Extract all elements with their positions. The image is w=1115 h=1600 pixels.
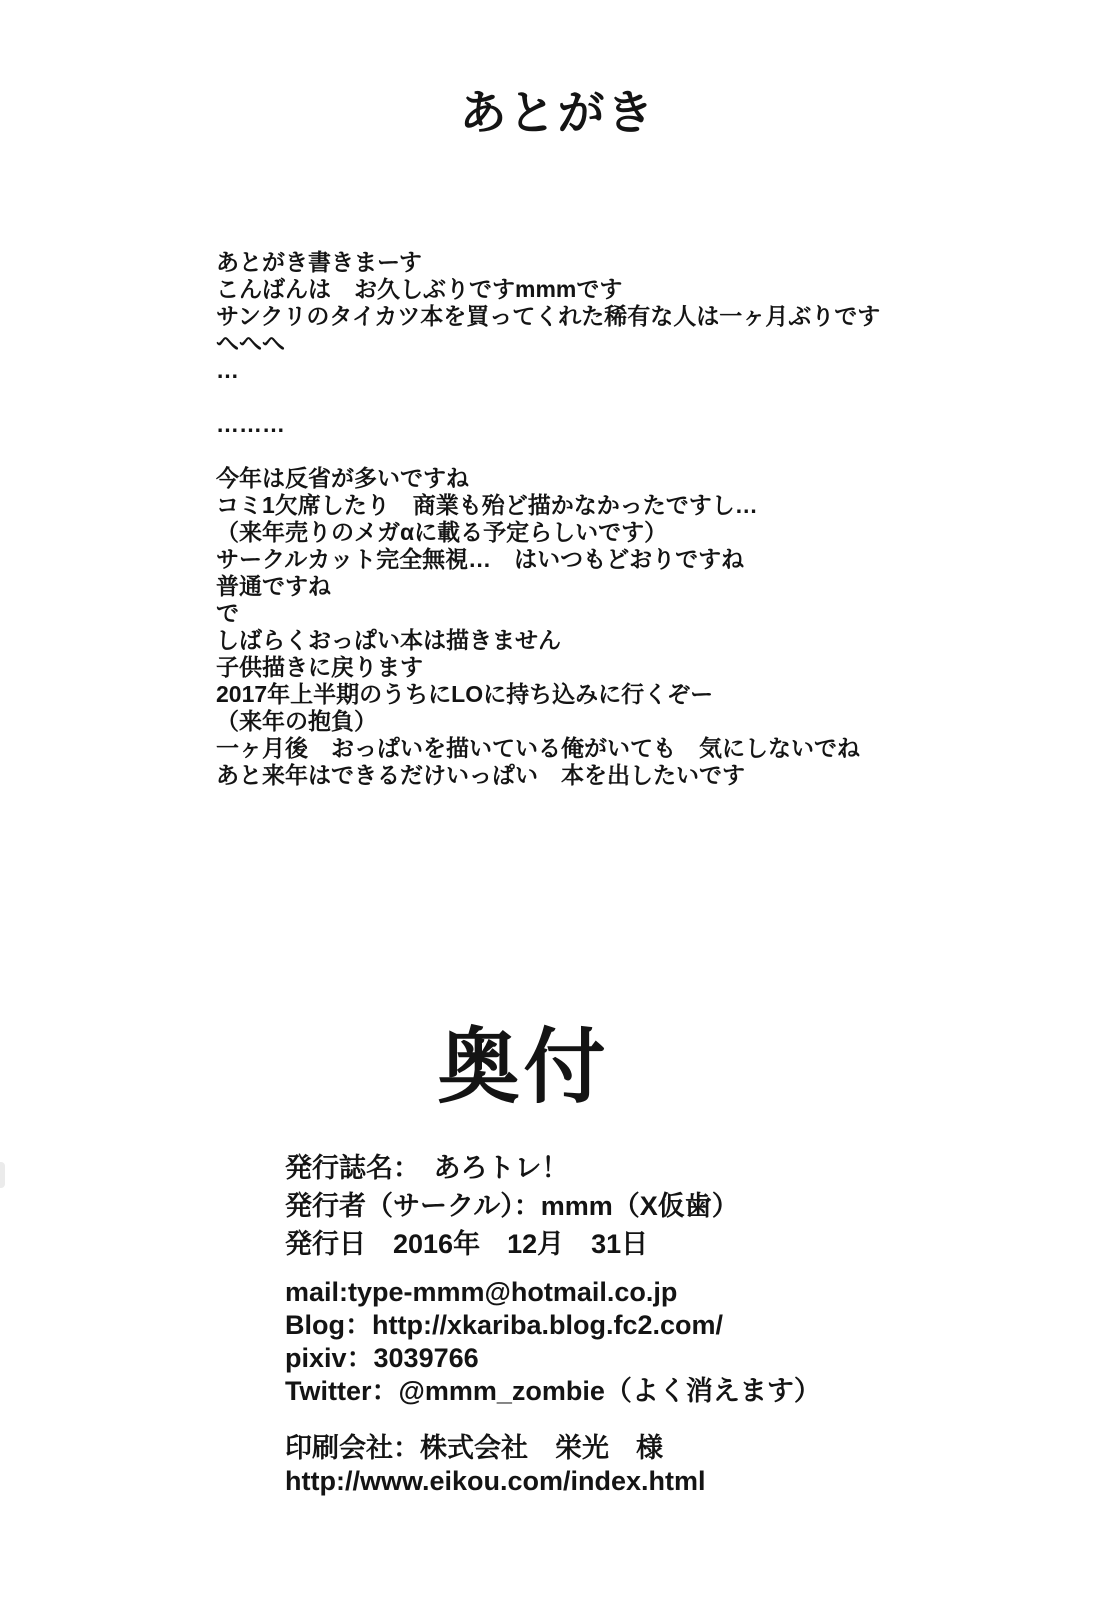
printer-company-line: 印刷会社：株式会社 栄光 様 — [285, 1432, 1085, 1465]
afterword-line: で — [216, 600, 1075, 627]
publisher-line: 発行者（サークル）：mmm（X仮歯） — [285, 1187, 1085, 1225]
twitter-line: Twitter：@mmm_zombie（よく消えます） — [285, 1375, 1085, 1408]
afterword-line: （来年売りのメガαに載る予定らしいです） — [216, 519, 1075, 546]
afterword-line-blank — [216, 438, 1075, 465]
afterword-line: あと来年はできるだけいっぱい 本を出したいです — [216, 762, 1075, 789]
afterword-line: 普通ですね — [216, 573, 1075, 600]
afterword-line: サークルカット完全無視… はいつもどおりですね — [216, 546, 1075, 573]
contact-info: mail:type-mmm@hotmail.co.jp Blog：http://… — [285, 1276, 1085, 1408]
afterword-line: 一ヶ月後 おっぱいを描いている俺がいても 気にしないでね — [216, 735, 1075, 762]
afterword-line: しばらくおっぱい本は描きません — [216, 627, 1075, 654]
afterword-line: あとがき書きまーす — [216, 249, 1075, 276]
afterword-title: あとがき — [0, 76, 1115, 143]
afterword-line: … — [216, 357, 1075, 384]
printer-info: 印刷会社：株式会社 栄光 様 http://www.eikou.com/inde… — [285, 1432, 1085, 1498]
afterword-line: コミ1欠席したり 商業も殆ど描かなかったですし… — [216, 492, 1075, 519]
afterword-line: 子供描きに戻ります — [216, 654, 1075, 681]
publication-info: 発行誌名： あろトレ！ 発行者（サークル）：mmm（X仮歯） 発行日 2016年… — [285, 1149, 1085, 1263]
afterword-line: サンクリのタイカツ本を買ってくれた稀有な人は一ヶ月ぶりです — [216, 303, 1075, 330]
afterword-line-blank — [216, 384, 1075, 411]
afterword-text: あとがき書きまーす こんばんは お久しぶりですmmmです サンクリのタイカツ本を… — [216, 249, 1075, 789]
blog-line: Blog：http://xkariba.blog.fc2.com/ — [285, 1309, 1085, 1342]
publish-date-line: 発行日 2016年 12月 31日 — [285, 1225, 1085, 1263]
printer-url-line: http://www.eikou.com/index.html — [285, 1465, 1085, 1498]
mail-line: mail:type-mmm@hotmail.co.jp — [285, 1276, 1085, 1309]
afterword-line: こんばんは お久しぶりですmmmです — [216, 276, 1075, 303]
afterword-line: （来年の抱負） — [216, 708, 1075, 735]
scanned-document-page: { "page": { "bg_color": "#ffffff", "text… — [0, 0, 1115, 1600]
pixiv-line: pixiv：3039766 — [285, 1342, 1085, 1375]
afterword-line: 2017年上半期のうちにLOに持ち込みに行くぞー — [216, 681, 1075, 708]
colophon-title: 奥付 — [0, 1002, 1081, 1119]
journal-name-line: 発行誌名： あろトレ！ — [285, 1149, 1085, 1187]
scan-artifact — [0, 1162, 5, 1188]
afterword-line: ……… — [216, 411, 1075, 438]
afterword-line: へへへ — [216, 330, 1075, 357]
afterword-line: 今年は反省が多いですね — [216, 465, 1075, 492]
